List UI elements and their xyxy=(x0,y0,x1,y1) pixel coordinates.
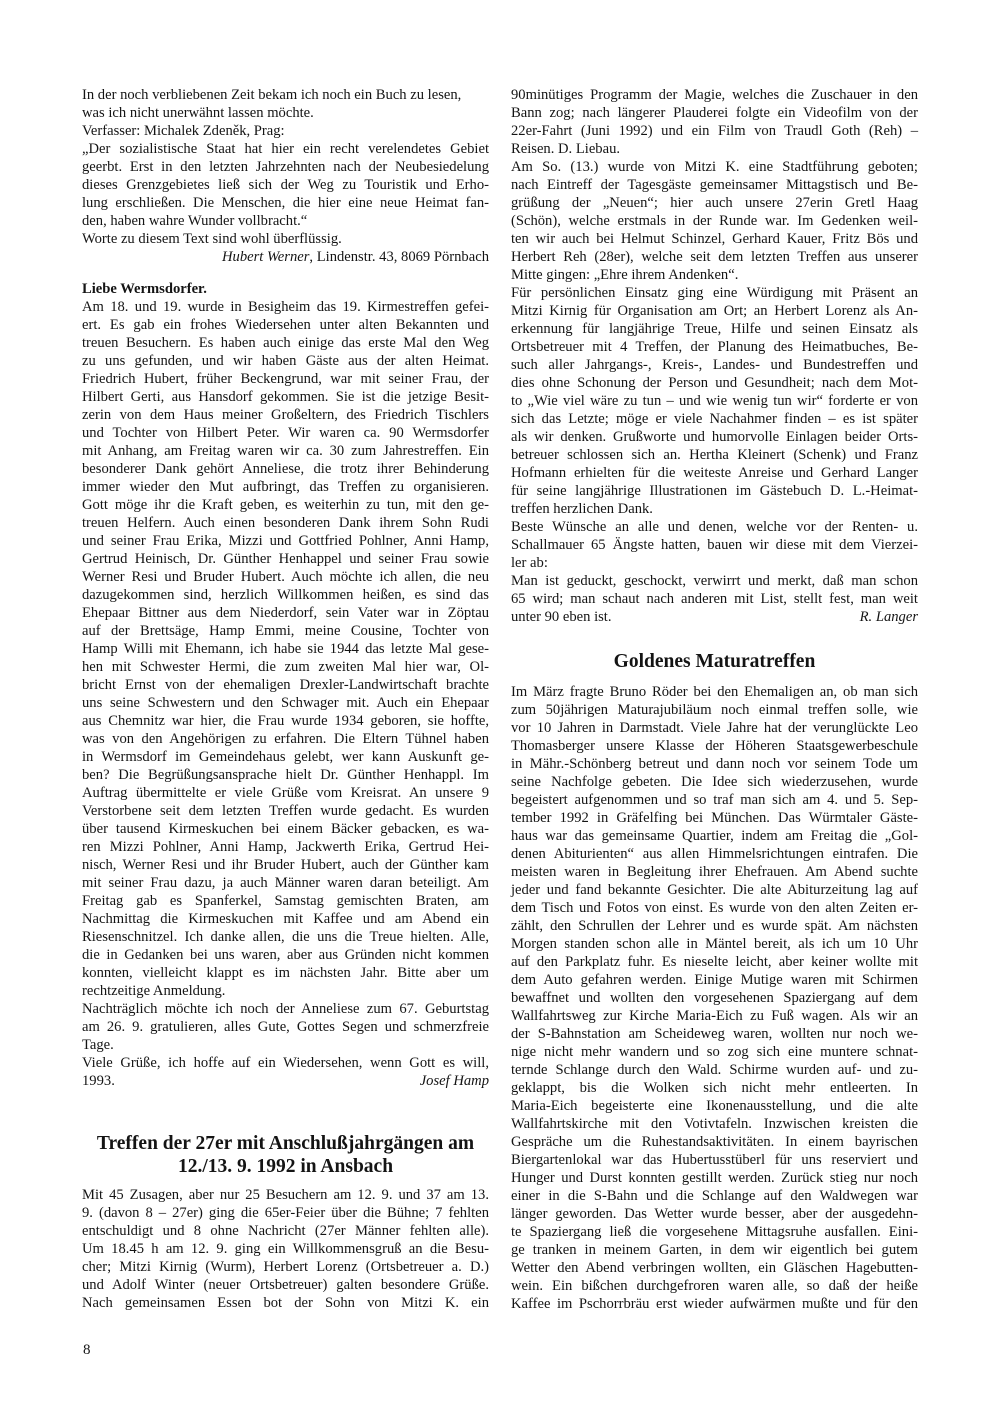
text-line: und seiner Frau Erika, Mizzi und Gottfri… xyxy=(82,532,489,550)
text-line: Verstorbene seit dem letzten Treffen wur… xyxy=(82,802,489,820)
text-line: Kaffee im Pschorrbräu erst wieder aufwär… xyxy=(511,1295,918,1313)
text-line: Worte zu diesem Text sind wohl überflüss… xyxy=(82,230,489,248)
text-line: auf der Brettsäge, Hamp Emmi, meine Cous… xyxy=(82,622,489,640)
text-line: einer in die S-Bahn und die Schlange auf… xyxy=(511,1187,918,1205)
text-line: mit Anhang, am Freitag waren wir ca. 30 … xyxy=(82,442,489,460)
text-line: dies ohne Schonung der Person und Gesund… xyxy=(511,374,918,392)
text-line: Gespräche um die Ruhestandsaktivitäten. … xyxy=(511,1133,918,1151)
text-line: in Wermsdorf im Gemeindehaus gelebt, wer… xyxy=(82,748,489,766)
text-line: 90minütiges Programm der Magie, welches … xyxy=(511,86,918,104)
text-line: Mitzi Kirnig für Organisation am Ort; an… xyxy=(511,302,918,320)
text-line: dieses Grenzgebietes ließ sich der Weg z… xyxy=(82,176,489,194)
article-title-line2: 12./13. 9. 1992 in Ansbach xyxy=(82,1155,489,1178)
text-line: am 26. 9. gratulieren, alles Gute, Gotte… xyxy=(82,1018,489,1036)
text-line: Herbert Reh (28er), welche seit dem letz… xyxy=(511,248,918,266)
text-line: erkennung für langjährige Treue, Hilfe u… xyxy=(511,320,918,338)
text-line: für seine langjährige Illustrationen im … xyxy=(511,482,918,500)
text-line: nach Eintreff der Tagesgäste gemeinsamer… xyxy=(511,176,918,194)
text-line: begeistert aufgenommen und so traf man s… xyxy=(511,791,918,809)
text-line: Hunger und Durst konnten gestillt werden… xyxy=(511,1169,918,1187)
text-line: seine Nachfolge gebeten. Die Idee sich w… xyxy=(511,773,918,791)
text-line: ternde Schlange durch den Wald. Schirme … xyxy=(511,1061,918,1079)
text-line: cher; Mitzi Kirnig (Wurm), Herbert Loren… xyxy=(82,1258,489,1276)
text-line: Ortsbetreuer mit 4 Treffen, der Planung … xyxy=(511,338,918,356)
text-line: entschuldigt und 8 ohne Nachricht (27er … xyxy=(82,1222,489,1240)
text-line: Auftrag übermittelte er viele Grüße vom … xyxy=(82,784,489,802)
letter-signature-row: 1993. Josef Hamp xyxy=(82,1072,489,1090)
text-line: Nach gemeinsamen Essen bot der Sohn von … xyxy=(82,1294,489,1312)
text-line: immer wieder den Mut aufbringt, das Tref… xyxy=(82,478,489,496)
letter-signature: Josef Hamp xyxy=(420,1072,489,1090)
text-line: Hofmann erhielten für die weiteste Anrei… xyxy=(511,464,918,482)
text-line: ren Mizzi Pohlner, Anni Hamp, Jackwerth … xyxy=(82,838,489,856)
text-line: such aller Jahrgangs-, Kreis-, Landes- u… xyxy=(511,356,918,374)
text-line: Freitag gab es Spanferkel, Samstag gemis… xyxy=(82,892,489,910)
text-line: jeder und fand bekannte Gesichter. Die a… xyxy=(511,881,918,899)
text-line: dem Auto gefahren werden. Einige Mutige … xyxy=(511,971,918,989)
signature-name: Hubert Werner xyxy=(222,249,309,265)
text-line: ben? Die Begrüßungsansprache hielt Dr. G… xyxy=(82,766,489,784)
page-number: 8 xyxy=(83,1342,91,1359)
text-line: haus war das gemeinsame Quartier, indem … xyxy=(511,827,918,845)
article-27er: Treffen der 27er mit Anschlußjahrgängen … xyxy=(82,1132,489,1312)
article-matura: Goldenes Maturatreffen Im März fragte Br… xyxy=(511,650,918,1313)
text-line: unter 90 eben ist. xyxy=(511,608,612,626)
text-line: Friedrich Hubert, früher Beckengrund, wa… xyxy=(82,370,489,388)
text-line: Hamp Willi mit Ehemann, ich habe sie 194… xyxy=(82,640,489,658)
text-line: Hilbert Gerti, aus Hansdorf gekommen. Si… xyxy=(82,388,489,406)
left-column: In der noch verbliebenen Zeit bekam ich … xyxy=(82,86,489,1312)
text-line: Gott möge ihr die Kraft geben, es weiter… xyxy=(82,496,489,514)
intro-section: In der noch verbliebenen Zeit bekam ich … xyxy=(82,86,489,266)
text-line: Ehepaar Bittner aus dem Niederdorf, sein… xyxy=(82,604,489,622)
text-line: Viele Grüße, ich hoffe auf ein Wiederseh… xyxy=(82,1054,489,1072)
text-line: In der noch verbliebenen Zeit bekam ich … xyxy=(82,86,489,104)
text-line: zum 50jährigen Maturajubiläum noch einma… xyxy=(511,701,918,719)
article-title: Goldenes Maturatreffen xyxy=(511,650,918,673)
text-line: te Spaziergang ließ die vorgesehene Mitt… xyxy=(511,1223,918,1241)
text-line: Wallfahrtskirche mit den Votivtafeln. In… xyxy=(511,1115,918,1133)
text-line: 65 wird; man schaut nach anderen mit Lis… xyxy=(511,590,918,608)
text-line: bewaffnet und wollten den vorgesehenen S… xyxy=(511,989,918,1007)
text-line: wein. Ein bißchen durchgefroren waren al… xyxy=(511,1277,918,1295)
text-line: Thomasberger unsere Klasse der Höheren S… xyxy=(511,737,918,755)
text-line: grüßung der „Neuen“; hier auch unsere 27… xyxy=(511,194,918,212)
text-line: nige nicht mehr wandern und so zog sich … xyxy=(511,1043,918,1061)
text-line: Riesenschnitzel. Ich danke allen, die un… xyxy=(82,928,489,946)
text-line: Nachträglich möchte ich noch der Annelie… xyxy=(82,1000,489,1018)
text-line: geerbt. Erst in den letzten Jahrzehnten … xyxy=(82,158,489,176)
text-line: in Mähr.-Schönberg betreut und dann noch… xyxy=(511,755,918,773)
text-line: ge tranken in meinem Garten, in dem wir … xyxy=(511,1241,918,1259)
text-line: Mitte gingen: „Ehre ihrem Andenken“. xyxy=(511,266,918,284)
text-line: „Der sozialistische Staat hat hier ein r… xyxy=(82,140,489,158)
text-line: über tausend Kirmeskuchen bei einem Bäck… xyxy=(82,820,489,838)
text-line: ert. Es gab ein frohes Wiedersehen unter… xyxy=(82,316,489,334)
text-line: mit seiner Frau dazu, ja auch Männer war… xyxy=(82,874,489,892)
intro-signature: Hubert Werner, Lindenstr. 43, 8069 Pörnb… xyxy=(82,248,489,266)
text-line: aus Chemnitz war hier, die Frau wurde 19… xyxy=(82,712,489,730)
right-column: 90minütiges Programm der Magie, welches … xyxy=(511,86,918,1313)
text-line: betreuer schlossen sich an. Hertha Klein… xyxy=(511,446,918,464)
letter-salutation: Liebe Wermsdorfer. xyxy=(82,280,489,298)
text-line: Am 18. und 19. wurde in Besigheim das 19… xyxy=(82,298,489,316)
text-line: besonderer Dank gehört Anneliese, die tr… xyxy=(82,460,489,478)
article-title: Treffen der 27er mit Anschlußjahrgängen … xyxy=(82,1132,489,1155)
text-line: Im März fragte Bruno Röder bei den Ehema… xyxy=(511,683,918,701)
text-line: rechtzeitige Anmeldung. xyxy=(82,982,489,1000)
text-line: 22er-Fahrt (Juni 1992) und ein Film von … xyxy=(511,122,918,140)
text-line: Man ist geduckt, geschockt, verwirrt und… xyxy=(511,572,918,590)
text-line: bricht Ernst von der ehemaligen Drexler-… xyxy=(82,676,489,694)
text-line: als wir denken. Grußworte und humorvolle… xyxy=(511,428,918,446)
text-line: Tage. xyxy=(82,1036,489,1054)
text-line: der S-Bahnstation am Scheideweg waren, w… xyxy=(511,1025,918,1043)
article-signature: R. Langer xyxy=(860,608,918,626)
article-27er-continued: 90minütiges Programm der Magie, welches … xyxy=(511,86,918,626)
text-line: Gertrud Heinisch, Dr. Günther Henhappel … xyxy=(82,550,489,568)
text-line: to „Wie viel wäre zu tun – und wie wenig… xyxy=(511,392,918,410)
text-line: was ich nicht unerwähnt lassen möchte. xyxy=(82,104,489,122)
text-line: Morgen standen schon alle in Mäntel bere… xyxy=(511,935,918,953)
poem-signature-row: unter 90 eben ist. R. Langer xyxy=(511,608,918,626)
text-line: und Adolf Winter (neuer Ortsbetreuer) ga… xyxy=(82,1276,489,1294)
text-line: Wetter den Abend verbringen wollten, ein… xyxy=(511,1259,918,1277)
text-line: treuen Helfern. Auch einen besonderen Da… xyxy=(82,514,489,532)
text-line: zerin von dem Haus meiner Großeltern, de… xyxy=(82,406,489,424)
text-line: Mit 45 Zusagen, aber nur 25 Besuchern am… xyxy=(82,1186,489,1204)
text-line: dem Tisch und Fotos von einst. Es wurde … xyxy=(511,899,918,917)
letter-section: Liebe Wermsdorfer. Am 18. und 19. wurde … xyxy=(82,280,489,1090)
text-line: konnten, vielleicht klappt es im nächste… xyxy=(82,964,489,982)
text-line: Verfasser: Michalek Zdeněk, Prag: xyxy=(82,122,489,140)
text-line: denen Abiturienten“ aus allen Himmelsric… xyxy=(511,845,918,863)
text-line: nisch, Werner Resi und ihr Bruder Hubert… xyxy=(82,856,489,874)
text-line: was von den Angehörigen zu erfahren. Die… xyxy=(82,730,489,748)
text-line: auf den Parkplatz fuhr. Es nieselte leic… xyxy=(511,953,918,971)
text-line: und Tochter von Hilbert Peter. Wir waren… xyxy=(82,424,489,442)
text-line: 9. (davon 8 – 27er) ging die 65er-Feier … xyxy=(82,1204,489,1222)
text-line: uns seine Schwestern und den Schwager mi… xyxy=(82,694,489,712)
text-line: Reisen. D. Liebau. xyxy=(511,140,918,158)
text-line: lung erschließen. Die Menschen, die hier… xyxy=(82,194,489,212)
text-line: hen mit Schwester Hermi, die zum zweiten… xyxy=(82,658,489,676)
text-line: Wallfahrtsweg zur Kirche Maria-Eich zu F… xyxy=(511,1007,918,1025)
text-line: Am So. (13.) wurde von Mitzi K. eine Sta… xyxy=(511,158,918,176)
closing-year: 1993. xyxy=(82,1072,115,1090)
text-line: den, haben wahre Wunder vollbracht.“ xyxy=(82,212,489,230)
text-line: Für persönlichen Einsatz ging eine Würdi… xyxy=(511,284,918,302)
text-line: ler ab: xyxy=(511,554,918,572)
text-line: Schallmauer 65 Ängste hatten, bauen wir … xyxy=(511,536,918,554)
text-line: die in Gedanken bei uns waren, aber aus … xyxy=(82,946,489,964)
text-line: sich das Letzte; möge er viele Nachahmer… xyxy=(511,410,918,428)
text-line: Nachmittag die Kirmeskuchen mit Kaffee u… xyxy=(82,910,489,928)
text-line: (Schön), welche erstmals in der Runde wa… xyxy=(511,212,918,230)
text-line: Um 18.45 h am 12. 9. ging ein Willkommen… xyxy=(82,1240,489,1258)
text-line: Bann zog; nach längerer Plauderei folgte… xyxy=(511,104,918,122)
text-line: ten wir auch bei Helmut Schinzel, Gerhar… xyxy=(511,230,918,248)
text-line: zu uns gefunden, und wir haben Gäste aus… xyxy=(82,352,489,370)
text-line: treuen Besuchern. Es haben auch einige d… xyxy=(82,334,489,352)
text-line: treffen herzlichen Dank. xyxy=(511,500,918,518)
text-line: vor 10 Jahren in Darmstadt. Viele Jahre … xyxy=(511,719,918,737)
text-line: Werner Resi und Bruder Hubert. Auch möch… xyxy=(82,568,489,586)
text-line: dazugekommen sind, herzlich Willkommen h… xyxy=(82,586,489,604)
text-line: meisten waren in Begleitung ihrer Ehefra… xyxy=(511,863,918,881)
text-line: Maria-Eich begeisterte eine Ikonenausste… xyxy=(511,1097,918,1115)
text-line: tember 1992 in Gräfelfing bei München. D… xyxy=(511,809,918,827)
text-line: Biergartenlokal war das Hubertusstüberl … xyxy=(511,1151,918,1169)
text-line: geklappt, bis die Wolken sich nicht mehr… xyxy=(511,1079,918,1097)
text-line: länger geworden. Das Wetter wurde besser… xyxy=(511,1205,918,1223)
text-line: zählt, den Schrullen der Lehrer und es w… xyxy=(511,917,918,935)
signature-address: , Lindenstr. 43, 8069 Pörnbach xyxy=(309,249,489,265)
text-line: Beste Wünsche an alle und denen, welche … xyxy=(511,518,918,536)
